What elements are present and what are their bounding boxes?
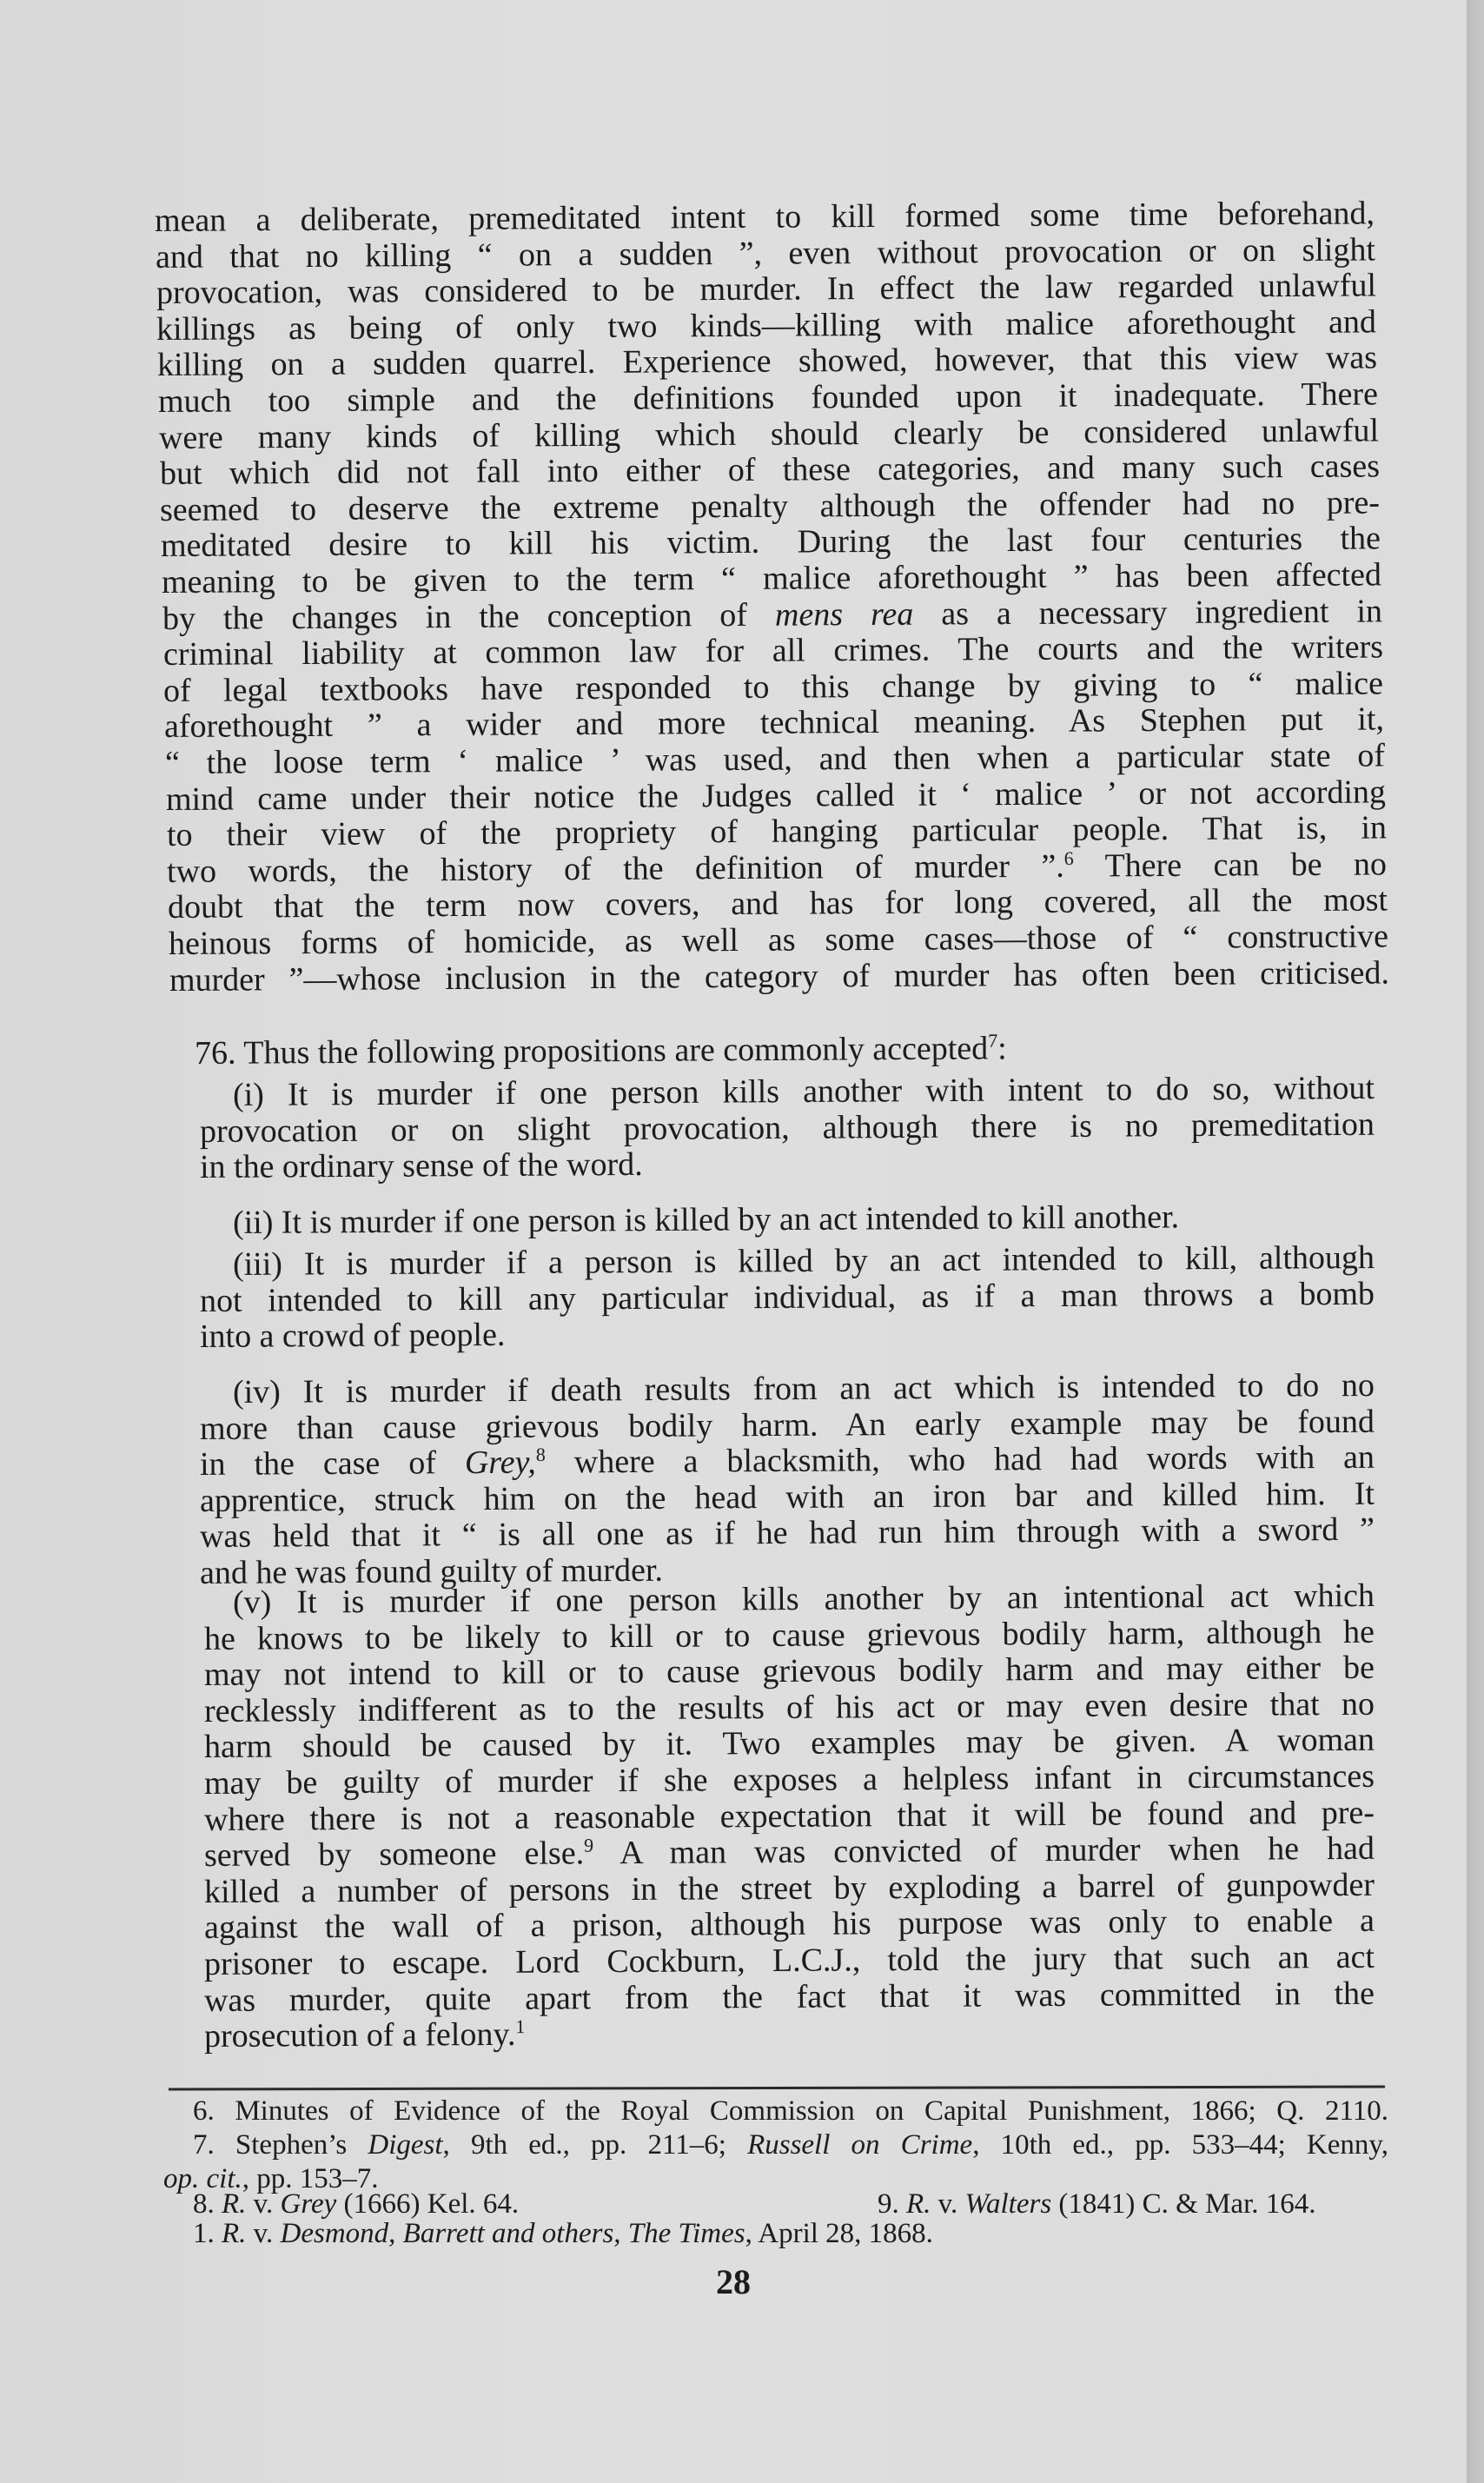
paragraph-76-intro: 76. Thus the following propositions are …	[195, 1027, 1375, 1072]
footnote-1: 1. R. v. Desmond, Barrett and others, Th…	[193, 2217, 933, 2250]
text-line: murder ”—whose inclusion in the category…	[169, 953, 1389, 999]
page-number: 28	[0, 2261, 1467, 2302]
footnote-9: 9. R. v. Walters (1841) C. & Mar. 164.	[878, 2188, 1316, 2221]
page-edge-shadow	[1467, 0, 1484, 2483]
proposition-line: in the ordinary sense of the word.	[200, 1141, 1375, 1186]
proposition-line: prosecution of a felony.1	[204, 2010, 1375, 2055]
proposition-line: into a crowd of people.	[200, 1311, 1375, 1356]
proposition-line: (ii) It is murder if one person is kille…	[233, 1197, 1375, 1242]
footnote-7: 7. Stephen’s Digest, 9th ed., pp. 211–6;…	[193, 2128, 1388, 2161]
footnote-8: 8. R. v. Grey (1666) Kel. 64.	[193, 2188, 519, 2221]
footnote-6: 6. Minutes of Evidence of the Royal Comm…	[193, 2095, 1388, 2128]
